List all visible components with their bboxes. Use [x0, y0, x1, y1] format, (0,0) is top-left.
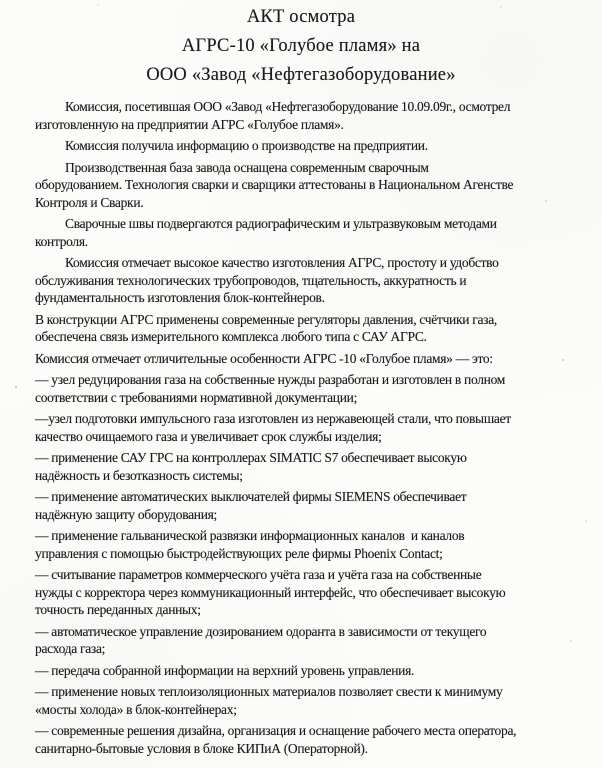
scanned-document-page: АКТ осмотра АГРС-10 «Голубое пламя» на О… — [0, 0, 602, 768]
text-line: В конструкции АГРС применены современные… — [35, 311, 588, 329]
paragraph: — применение гальванической развязки инф… — [35, 527, 588, 562]
paragraph: — применение автоматических выключателей… — [35, 488, 588, 523]
text-line: — автоматическое управление дозированием… — [35, 623, 588, 641]
text-line: нужды с корректора через коммуникационны… — [35, 584, 588, 602]
text-line: надёжность и безотказность системы; — [35, 467, 588, 485]
paragraph: — узел редуцирования газа на собственные… — [35, 371, 588, 406]
paragraph: Комиссия получила информацию о производс… — [35, 137, 588, 155]
paragraph: В конструкции АГРС применены современные… — [35, 311, 588, 346]
text-line: обеспечена связь измерительного комплекс… — [35, 328, 588, 346]
title-line-3: ООО «Завод «Нефтегазоборудование» — [30, 61, 572, 90]
text-line: —узел подготовки импульсного газа изгото… — [35, 410, 588, 428]
text-line: — узел редуцирования газа на собственные… — [35, 371, 588, 389]
text-line: Сварочные швы подвергаются радиографичес… — [35, 215, 588, 233]
text-line: Производственная база завода оснащена со… — [35, 159, 588, 177]
text-line: — современные решения дизайна, организац… — [35, 722, 588, 740]
text-line: изготовленную на предприятии АГРС «Голуб… — [35, 116, 588, 134]
paragraph: — применение новых теплоизоляционных мат… — [35, 683, 588, 718]
paragraph: Производственная база завода оснащена со… — [35, 159, 588, 212]
text-line: — передача собранной информации на верхн… — [35, 662, 588, 680]
text-line: Контроля и Сварки. — [35, 194, 588, 212]
paragraph: — считывание параметров коммерческого уч… — [35, 566, 588, 619]
text-line: — считывание параметров коммерческого уч… — [35, 566, 588, 584]
text-line: надёжную защиту оборудования; — [35, 506, 588, 524]
text-line: — применение САУ ГРС на контроллерах SIM… — [35, 449, 588, 467]
text-line: оборудованием. Технология сварки и сварщ… — [35, 176, 588, 194]
paragraph: —узел подготовки импульсного газа изгото… — [35, 410, 588, 445]
text-line: — применение новых теплоизоляционных мат… — [35, 683, 588, 701]
text-line: управления с помощью быстродействующих р… — [35, 545, 588, 563]
paragraph: — современные решения дизайна, организац… — [35, 722, 588, 757]
text-line: контроля. — [35, 233, 588, 251]
text-line: Комиссия отмечает высокое качество изгот… — [35, 254, 588, 272]
text-line: — применение гальванической развязки инф… — [35, 527, 588, 545]
text-line: обслуживания технологических трубопровод… — [35, 272, 588, 290]
text-line: качество очищаемого газа и увеличивает с… — [35, 428, 588, 446]
text-line: — применение автоматических выключателей… — [35, 488, 588, 506]
document-title: АКТ осмотра АГРС-10 «Голубое пламя» на О… — [0, 3, 602, 90]
text-line: расхода газа; — [35, 640, 588, 658]
paragraph: Комиссия, посетившая ООО «Завод «Нефтега… — [35, 98, 588, 133]
paragraph: Комиссия отмечает отличительные особенно… — [35, 350, 588, 368]
scan-speck — [481, 104, 483, 106]
paragraph: — автоматическое управление дозированием… — [35, 623, 588, 658]
text-line: точность переданных данных; — [35, 601, 588, 619]
title-line-1: АКТ осмотра — [30, 3, 572, 32]
paragraph: — применение САУ ГРС на контроллерах SIM… — [35, 449, 588, 484]
text-line: фундаментальность изготовления блок-конт… — [35, 289, 588, 307]
paragraph: — передача собранной информации на верхн… — [35, 662, 588, 680]
paragraph: Комиссия отмечает высокое качество изгот… — [35, 254, 588, 307]
paragraph: Сварочные швы подвергаются радиографичес… — [35, 215, 588, 250]
title-line-2: АГРС-10 «Голубое пламя» на — [30, 32, 572, 61]
text-line: соответствии с требованиями нормативной … — [35, 389, 588, 407]
text-line: Комиссия, посетившая ООО «Завод «Нефтега… — [35, 98, 588, 116]
text-line: санитарно-бытовые условия в блоке КИПиА … — [35, 740, 588, 758]
document-body: Комиссия, посетившая ООО «Завод «Нефтега… — [0, 98, 602, 757]
text-line: Комиссия отмечает отличительные особенно… — [35, 350, 588, 368]
text-line: Комиссия получила информацию о производс… — [35, 137, 588, 155]
text-line: «мосты холода» в блок-контейнерах; — [35, 701, 588, 719]
